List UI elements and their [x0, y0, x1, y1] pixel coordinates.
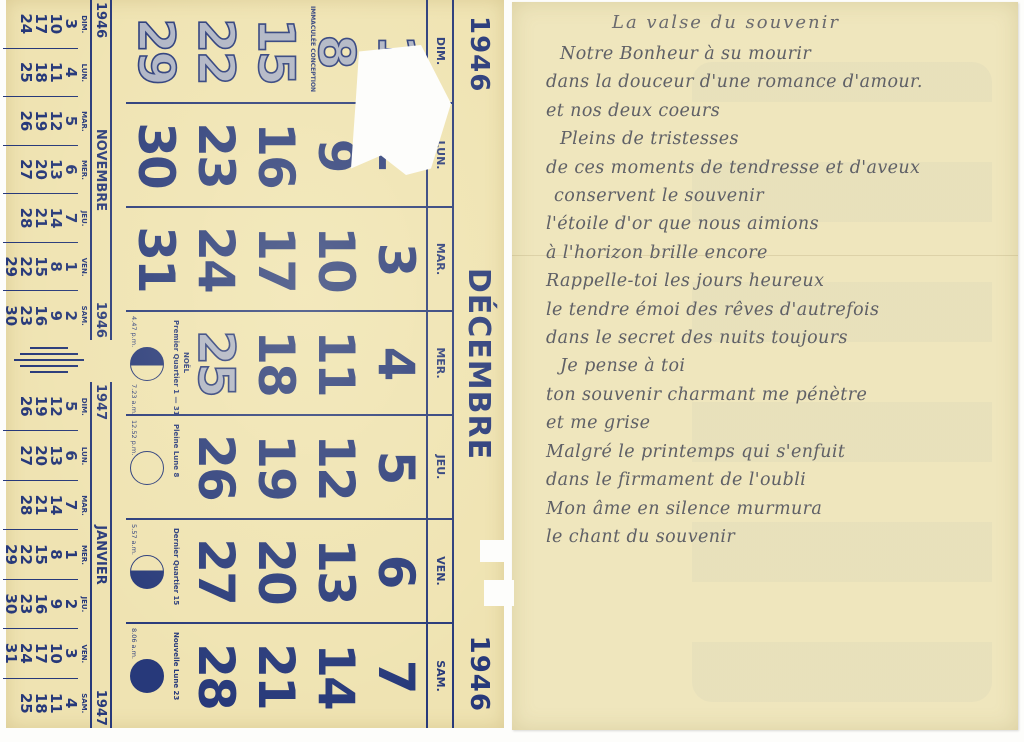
- poem-line: et me grise: [546, 409, 923, 437]
- mini-weekday-column: 7142128: [3, 481, 78, 530]
- feast-label-immaculee: IMMACULÉE CONCEPTION: [309, 6, 316, 92]
- mini-weekday-column: 18152229: [3, 243, 78, 292]
- weekday-column: 6132027Dernier Quartier 155.57 a.m.: [126, 520, 426, 624]
- mini-day-cell[interactable]: 24: [18, 643, 33, 664]
- mini-day-cell[interactable]: 22: [18, 256, 33, 277]
- poem-line: dans le firmament de l'oubli: [546, 466, 923, 494]
- mini-weekday-column: 6132027: [3, 146, 78, 195]
- torn-edge: [484, 580, 514, 606]
- mini-day-cell[interactable]: 18: [33, 62, 48, 83]
- mini-day-cell[interactable]: 30: [3, 305, 18, 326]
- day-cell[interactable]: 31: [126, 226, 186, 292]
- moon-phase-time: 7.23 a.m.: [130, 384, 138, 415]
- mini-day-cell[interactable]: 20: [33, 159, 48, 180]
- day-cell[interactable]: 25: [186, 330, 246, 396]
- mini-calendar-november: 1946NOVEMBRE1946DIM.LUN.MAR.MER.JEU.VEN.…: [6, 0, 112, 340]
- divider-ornament: [14, 345, 84, 373]
- mini-day-cell[interactable]: 28: [18, 208, 33, 229]
- mini-day-cell[interactable]: 2: [63, 310, 78, 320]
- day-cell[interactable]: 30: [126, 122, 186, 188]
- mini-day-cell[interactable]: 6: [63, 164, 78, 174]
- weekday-column: 5121926Pleine Lune 812.52 p.m.: [126, 416, 426, 520]
- moon-full-icon: [130, 451, 164, 485]
- day-cell[interactable]: 19: [246, 434, 306, 500]
- mini-calendar-january: 1947JANVIER1947DIM.LUN.MAR.MER.JEU.VEN.S…: [6, 382, 112, 728]
- mini-days-grid: 3101724411182551219266132027714212818152…: [6, 0, 78, 340]
- mini-day-cell[interactable]: 31: [3, 643, 18, 664]
- poem-line: l'étoile d'or que nous aimions: [546, 210, 923, 238]
- year-right: 1946: [464, 620, 494, 728]
- mini-day-cell[interactable]: 20: [33, 445, 48, 466]
- mini-day-cell[interactable]: 30: [3, 593, 18, 614]
- poem-line: conservent le souvenir: [546, 182, 923, 210]
- mini-month-header: 1946NOVEMBRE1946: [90, 0, 110, 340]
- day-cell[interactable]: 13: [306, 538, 366, 604]
- mini-day-cell[interactable]: 26: [18, 110, 33, 131]
- mini-month-title: JANVIER: [94, 525, 109, 585]
- day-cell[interactable]: 15: [246, 18, 306, 84]
- day-cell[interactable]: 20: [246, 538, 306, 604]
- mini-year: 1947: [94, 690, 109, 726]
- moon-phase-label: Premier Quartier 1 — 31: [172, 320, 180, 416]
- day-cell[interactable]: 26: [186, 434, 246, 500]
- mini-year: 1947: [94, 384, 109, 420]
- day-cell[interactable]: 7: [366, 660, 426, 693]
- mini-day-cell[interactable]: 29: [3, 544, 18, 565]
- moon-phase-label: Pleine Lune 8: [172, 424, 180, 477]
- mini-year: 1946: [94, 2, 109, 38]
- moon-phase-label: Nouvelle Lune 23: [172, 632, 180, 700]
- weekday-column: 310172431: [126, 208, 426, 312]
- mini-day-cell[interactable]: 13: [48, 159, 63, 180]
- poem-line: de ces moments de tendresse et d'aveux: [546, 154, 923, 182]
- poem-line: le tendre émoi des rêves d'autrefois: [546, 296, 923, 324]
- mini-day-cell[interactable]: 11: [48, 693, 63, 714]
- moon-new-icon: [130, 659, 164, 693]
- mini-day-cell[interactable]: 11: [48, 62, 63, 83]
- moon-phase-label: Dernier Quartier 15: [172, 528, 180, 605]
- mini-weekday-column: 7142128: [3, 194, 78, 243]
- mini-day-cell[interactable]: 17: [33, 13, 48, 34]
- month-title: DÉCEMBRE: [462, 268, 497, 460]
- poem-line: et nos deux coeurs: [546, 97, 923, 125]
- day-cell[interactable]: 29: [126, 18, 186, 84]
- moon-phase-time: 8.06 a.m.: [130, 628, 138, 659]
- day-cell[interactable]: 23: [186, 122, 246, 188]
- mini-month-title: NOVEMBRE: [94, 129, 109, 211]
- mini-day-cell[interactable]: 25: [18, 693, 33, 714]
- day-cell[interactable]: 16: [246, 122, 306, 188]
- poem-line: Je pense à toi: [546, 352, 923, 380]
- weekday-label: VEN.: [428, 520, 452, 624]
- poem-line: à l'horizon brille encore: [546, 239, 923, 267]
- weekday-label: JEU.: [428, 416, 452, 520]
- year-left: 1946: [464, 0, 494, 108]
- mini-weekday-column: 310172431: [3, 629, 78, 678]
- mini-day-cell[interactable]: 8: [48, 549, 63, 559]
- mini-day-cell[interactable]: 4: [63, 698, 78, 708]
- day-cell[interactable]: 6: [366, 555, 426, 588]
- mini-day-cell[interactable]: 7: [63, 213, 78, 223]
- day-cell[interactable]: 22: [186, 18, 246, 84]
- day-cell[interactable]: 14: [306, 643, 366, 709]
- mini-weekday-column: 3101724: [3, 0, 78, 49]
- weekday-label: MAR.: [428, 208, 452, 312]
- mini-days-grid: 5121926613202771421281815222929162330310…: [6, 382, 78, 728]
- poem-line: dans le secret des nuits toujours: [546, 324, 923, 352]
- poem-line: Pleins de tristesses: [546, 125, 923, 153]
- mini-day-cell[interactable]: 19: [33, 396, 48, 417]
- mini-day-cell[interactable]: 9: [48, 599, 63, 609]
- poem-line: Malgré le printemps qui s'enfuit: [546, 438, 923, 466]
- mini-day-cell[interactable]: 7: [63, 500, 78, 510]
- feast-label-noel: NOËL: [182, 352, 190, 373]
- poem-body: Notre Bonheur à su mourirdans la douceur…: [546, 40, 923, 551]
- poem-line: Notre Bonheur à su mourir: [546, 40, 923, 68]
- day-cell[interactable]: 12: [306, 434, 366, 500]
- mini-day-cell[interactable]: 25: [18, 62, 33, 83]
- mini-day-cell[interactable]: 10: [48, 643, 63, 664]
- day-cell[interactable]: 10: [306, 226, 366, 292]
- mini-day-cell[interactable]: 22: [18, 544, 33, 565]
- mini-weekday-column: 29162330: [3, 580, 78, 629]
- mini-day-cell[interactable]: 26: [18, 396, 33, 417]
- moon-last-icon: [130, 555, 164, 589]
- mini-day-cell[interactable]: 9: [48, 310, 63, 320]
- mini-day-cell[interactable]: 16: [33, 305, 48, 326]
- mini-day-cell[interactable]: 2: [63, 599, 78, 609]
- day-cell[interactable]: 21: [246, 643, 306, 709]
- day-cell[interactable]: 28: [186, 643, 246, 709]
- weekday-column: 4111825Premier Quartier 1 — 31NOËL4.47 p…: [126, 312, 426, 416]
- mini-day-cell[interactable]: 21: [33, 208, 48, 229]
- day-cell[interactable]: 3: [366, 243, 426, 276]
- mini-day-cell[interactable]: 27: [18, 159, 33, 180]
- month-header: 1946 DÉCEMBRE 1946: [452, 0, 504, 728]
- mini-day-cell[interactable]: 3: [63, 19, 78, 29]
- moon-phase-time: 12.52 p.m.: [130, 420, 138, 455]
- mini-day-cell[interactable]: 6: [63, 450, 78, 460]
- mini-weekday-column: 4111825: [3, 679, 78, 728]
- mini-day-cell[interactable]: 24: [18, 13, 33, 34]
- mini-day-cell[interactable]: 23: [18, 593, 33, 614]
- poem-line: Mon âme en silence murmura: [546, 495, 923, 523]
- mini-day-cell[interactable]: 21: [33, 495, 48, 516]
- mini-year: 1946: [94, 302, 109, 338]
- weekday-label: SAM.: [428, 624, 452, 728]
- mini-day-cell[interactable]: 8: [48, 261, 63, 271]
- torn-edge: [480, 540, 510, 562]
- mini-day-cell[interactable]: 17: [33, 643, 48, 664]
- handwritten-letter: La valse du souvenir Notre Bonheur à su …: [512, 2, 1018, 730]
- mini-day-cell[interactable]: 14: [48, 495, 63, 516]
- mini-day-cell[interactable]: 12: [48, 396, 63, 417]
- moon-first-icon: [130, 347, 164, 381]
- day-cell[interactable]: 17: [246, 226, 306, 292]
- day-cell[interactable]: 18: [246, 330, 306, 396]
- mini-day-cell[interactable]: 15: [33, 256, 48, 277]
- mini-day-cell[interactable]: 28: [18, 495, 33, 516]
- day-cell[interactable]: 24: [186, 226, 246, 292]
- weekday-label: MER.: [428, 312, 452, 416]
- mini-day-cell[interactable]: 19: [33, 110, 48, 131]
- mini-day-cell[interactable]: 5: [63, 116, 78, 126]
- mini-weekday-column: 29162330: [3, 291, 78, 340]
- mini-weekday-column: 6132027: [3, 431, 78, 480]
- calendar-page: 1946 DÉCEMBRE 1946 DIM.LUN.MAR.MER.JEU.V…: [6, 0, 504, 728]
- mini-day-cell[interactable]: 16: [33, 593, 48, 614]
- mini-day-cell[interactable]: 4: [63, 67, 78, 77]
- poem-line: le chant du souvenir: [546, 523, 923, 551]
- day-cell[interactable]: 27: [186, 538, 246, 604]
- mini-day-cell[interactable]: 14: [48, 208, 63, 229]
- day-cell[interactable]: 5: [366, 451, 426, 484]
- mini-day-cell[interactable]: 3: [63, 648, 78, 658]
- mini-day-cell[interactable]: 12: [48, 110, 63, 131]
- mini-day-cell[interactable]: 18: [33, 693, 48, 714]
- mini-day-cell[interactable]: 13: [48, 445, 63, 466]
- moon-phase-time: 4.47 p.m.: [130, 316, 138, 347]
- day-cell[interactable]: 11: [306, 330, 366, 396]
- mini-weekday-column: 4111825: [3, 49, 78, 98]
- mini-day-cell[interactable]: 27: [18, 445, 33, 466]
- poem-line: ton souvenir charmant me pénètre: [546, 381, 923, 409]
- mini-day-cell[interactable]: 10: [48, 13, 63, 34]
- poem-line: Rappelle-toi les jours heureux: [546, 267, 923, 295]
- poem-line: dans la douceur d'une romance d'amour.: [546, 68, 923, 96]
- poem-title: La valse du souvenir: [612, 12, 840, 33]
- mini-month-header: 1947JANVIER1947: [90, 382, 110, 728]
- mini-day-cell[interactable]: 5: [63, 401, 78, 411]
- mini-day-cell[interactable]: 15: [33, 544, 48, 565]
- day-cell[interactable]: 4: [366, 347, 426, 380]
- mini-weekday-column: 5121926: [3, 97, 78, 146]
- weekday-column: 7142128Nouvelle Lune 238.06 a.m.: [126, 624, 426, 728]
- mini-day-cell[interactable]: 1: [63, 549, 78, 559]
- mini-weekday-column: 18152229: [3, 530, 78, 579]
- mini-day-cell[interactable]: 29: [3, 256, 18, 277]
- mini-day-cell[interactable]: 23: [18, 305, 33, 326]
- mini-weekday-column: 5121926: [3, 382, 78, 431]
- moon-phase-time: 5.57 a.m.: [130, 524, 138, 555]
- mini-day-cell[interactable]: 1: [63, 261, 78, 271]
